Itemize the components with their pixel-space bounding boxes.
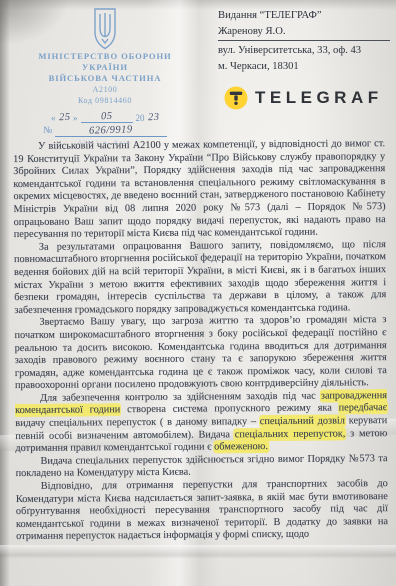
quote-open: «: [51, 113, 56, 123]
stamp-date-month-handwritten: 05: [101, 111, 113, 122]
recipient-person: Жаренову Я.О.: [218, 24, 390, 40]
body-text-segment: Для забезпечення контролю за здійсненням…: [40, 390, 321, 403]
recipient-street: вул. Університетська, 33, оф. 43: [218, 43, 390, 59]
paragraph: Звертаємо Вашу увагу, що загроза життю т…: [14, 314, 387, 392]
stamp-number-handwritten: 626/9919: [89, 124, 133, 137]
stamp-country: УКРАЇНИ: [16, 62, 194, 73]
telegraf-logo-text: TELEGRAF: [255, 88, 383, 108]
paper-edge-left: [0, 0, 10, 586]
stamp-unit-number: А2100: [16, 84, 194, 95]
telegraf-logo: TELEGRAF: [224, 86, 383, 110]
paragraph: Для забезпечення контролю за здійсненням…: [15, 390, 387, 456]
body-text-segment: видачу спеціальних перепусток ( в даному…: [15, 416, 260, 429]
military-unit-stamp: МІНІСТЕРСТВО ОБОРОНИ УКРАЇНИ ВІЙСЬКОВА Ч…: [16, 6, 194, 146]
recipient-city: м. Черкаси, 18301: [218, 59, 390, 75]
body-text-segment: Видача спеціальних перепусток здійснюєть…: [16, 453, 388, 480]
recipient-block: Видання “ТЕЛЕГРАФ” Жаренову Я.О. вул. Ун…: [218, 8, 390, 74]
highlighted-text: обмеженою.: [214, 441, 268, 452]
letter-sheet: МІНІСТЕРСТВО ОБОРОНИ УКРАЇНИ ВІЙСЬКОВА Ч…: [0, 0, 396, 586]
stamp-date-day-handwritten: 25: [58, 112, 70, 123]
stamp-ministry: МІНІСТЕРСТВО ОБОРОНИ: [16, 51, 194, 62]
stamp-year-printed: 20: [136, 113, 145, 123]
stamp-year-handwritten: 23: [147, 112, 159, 123]
paragraph: За результатами опрацювання Вашого запит…: [14, 239, 387, 317]
body-text-segment: створена система пропускного режиму яка: [120, 403, 338, 416]
letter-body: У військовій частині А2100 у межах компе…: [13, 138, 388, 544]
telegraf-logo-icon: [224, 86, 248, 110]
quote-close: »: [73, 113, 78, 123]
recipient-underline: [218, 40, 390, 41]
paragraph: Видача спеціальних перепусток здійснюєть…: [15, 453, 387, 481]
body-text-segment: За результатами опрацювання Вашого запит…: [14, 239, 386, 316]
highlighted-text: спеціальних перепусток,: [235, 428, 346, 440]
stamp-code: Код 09814460: [16, 95, 194, 106]
stamp-number-row: № 626/9919: [16, 125, 194, 137]
paragraph: У військовій частині А2100 у межах компе…: [13, 138, 386, 242]
highlighted-text: передбачає: [339, 403, 388, 414]
body-text-segment: Звертаємо Вашу увагу, що загроза життю т…: [14, 314, 386, 391]
stamp-date-row: «25» 05 2023: [16, 111, 194, 123]
recipient-organization: Видання “ТЕЛЕГРАФ”: [218, 8, 390, 24]
stamp-number-label: №: [43, 126, 52, 136]
paper-crease-horizontal: [0, 545, 396, 559]
stamp-unit: ВІЙСЬКОВА ЧАСТИНА: [16, 73, 194, 84]
paragraph: Відповідно, для отримання перепустки для…: [16, 478, 388, 544]
body-text-segment: У військовій частині А2100 у межах компе…: [13, 138, 386, 240]
highlighted-text: спеціальний дозвіл: [260, 415, 345, 427]
body-text-segment: Відповідно, для отримання перепустки для…: [16, 478, 388, 542]
trident-emblem-icon: [90, 8, 120, 50]
